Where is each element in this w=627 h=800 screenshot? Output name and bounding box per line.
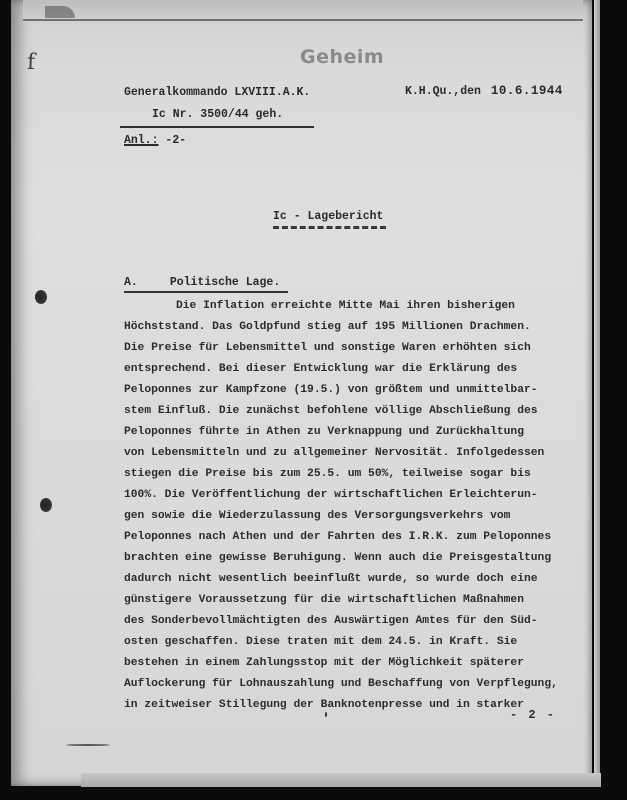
fold-shadow <box>45 6 75 18</box>
header-rule <box>120 126 314 128</box>
body-line: Peloponnes nach Athen und der Fahrten de… <box>124 527 564 548</box>
section-heading: A.Politische Lage. <box>124 276 280 289</box>
body-line: des Sonderbevollmächtigten des Auswärtig… <box>124 611 564 632</box>
body-line: brachten eine gewisse Beruhigung. Wenn a… <box>124 548 564 569</box>
scratch-mark <box>66 744 110 746</box>
attachments-label: Anl.: <box>124 134 159 147</box>
body-line: Auflockerung für Lohnauszahlung und Besc… <box>124 674 564 695</box>
fold-line <box>23 19 583 21</box>
body-line: bestehen in einem Zahlungsstop mit der M… <box>124 653 564 674</box>
attachments-value: -2- <box>165 134 186 147</box>
body-line: in zeitweiser Stillegung der Banknotenpr… <box>124 695 564 716</box>
body-line: dadurch nicht wesentlich beeinflußt wurd… <box>124 569 564 590</box>
attachments-line: Anl.: -2- <box>124 134 186 147</box>
body-line: Die Preise für Lebensmittel und sonstige… <box>124 338 564 359</box>
page-continuation-marker: - 2 - <box>510 708 556 722</box>
section-title: Politische Lage. <box>170 276 280 289</box>
body-paragraph: Die Inflation erreichte Mitte Mai ihren … <box>124 296 564 716</box>
margin-handwritten-mark: f <box>27 50 36 75</box>
section-letter: A. <box>124 276 138 289</box>
section-underline <box>124 291 288 293</box>
body-line: Peloponnes führte in Athen zu Verknappun… <box>124 422 564 443</box>
ink-speck <box>325 712 327 717</box>
body-line: 100%. Die Veröffentlichung der wirtschaf… <box>124 485 564 506</box>
sender-line: Generalkommando LXVIII.A.K. <box>124 86 310 99</box>
document-date: 10.6.1944 <box>491 84 563 98</box>
body-line: günstigere Voraussetzung für die wirtsch… <box>124 590 564 611</box>
body-line: stem Einfluß. Die zunächst befohlene völ… <box>124 401 564 422</box>
punch-hole-icon <box>40 498 52 512</box>
page-bottom-edge <box>81 773 601 787</box>
body-line: stiegen die Preise bis zum 25.5. um 50%,… <box>124 464 564 485</box>
body-line: Peloponnes zur Kampfzone (19.5.) von grö… <box>124 380 564 401</box>
place-label: K.H.Qu.,den <box>405 85 481 98</box>
body-line: osten geschaffen. Diese traten mit dem 2… <box>124 632 564 653</box>
body-line: entsprechend. Bei dieser Entwicklung war… <box>124 359 564 380</box>
report-title: Ic - Lagebericht <box>273 210 383 223</box>
classification-stamp: Geheim <box>300 46 384 68</box>
place-date-line: K.H.Qu.,den10.6.1944 <box>405 84 563 98</box>
body-line: von Lebensmitteln und zu allgemeiner Ner… <box>124 443 564 464</box>
body-line: gen sowie die Wiederzulassung des Versor… <box>124 506 564 527</box>
punch-hole-icon <box>35 290 47 304</box>
scanned-document: f Geheim Generalkommando LXVIII.A.K. Ic … <box>0 0 627 800</box>
reference-number: Ic Nr. 3500/44 geh. <box>152 108 283 121</box>
body-line: Die Inflation erreichte Mitte Mai ihren … <box>124 296 564 317</box>
page-right-edge <box>594 0 600 786</box>
report-title-underline <box>273 226 386 229</box>
body-line: Höchststand. Das Goldpfund stieg auf 195… <box>124 317 564 338</box>
